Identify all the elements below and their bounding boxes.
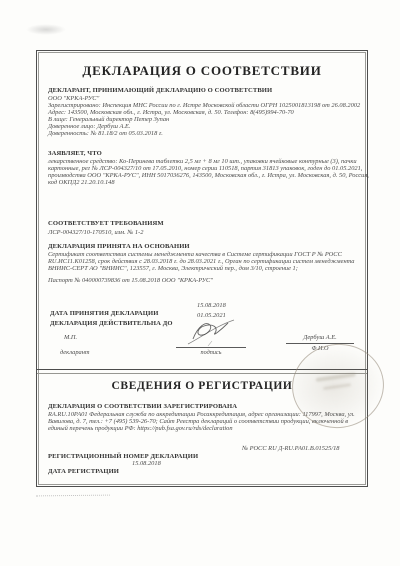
declarant-address: Адрес: 143500, Московская обл., г. Истра…	[48, 109, 366, 116]
scan-smudge-top	[26, 24, 66, 35]
registration-date-label: ДАТА РЕГИСТРАЦИИ	[48, 468, 119, 475]
scan-smudge-bottom	[36, 495, 110, 505]
declarant-power-of-attorney: Доверенность: № 81.18/2 от 05.03.2018 г.	[48, 130, 366, 137]
requirements-reference: ЛСР-004327/10-170510, изм. № 1-2	[48, 229, 143, 236]
declarant-name: ООО "КРКА-РУС"	[48, 95, 366, 102]
basis-certificate: Сертификат соответствия системы менеджме…	[48, 251, 370, 272]
declarant-registered: Зарегистрировано: Инспекция МНС России п…	[48, 102, 366, 109]
signature-block: подпись	[176, 317, 246, 356]
adoption-date-row: ДАТА ПРИНЯТИЯ ДЕКЛАРАЦИИ 15.08.2018	[50, 302, 360, 312]
handwritten-signature	[185, 317, 237, 347]
signature-line	[176, 347, 246, 348]
declarant-trustee: Доверенное лицо: Дербуш А.Е.	[48, 123, 366, 130]
valid-until-label: ДЕКЛАРАЦИЯ ДЕЙСТВИТЕЛЬНА ДО	[50, 320, 173, 327]
adoption-date-value: 15.08.2018	[197, 302, 226, 309]
basis-passport: Паспорт № 040000739836 от 15.08.2018 ООО…	[48, 277, 213, 284]
conforms-heading: СООТВЕТСТВУЕТ ТРЕБОВАНИЯМ	[48, 220, 164, 228]
declarant-details: ООО "КРКА-РУС" Зарегистрировано: Инспекц…	[48, 95, 366, 138]
registration-number-label: РЕГИСТРАЦИОННЫЙ НОМЕР ДЕКЛАРАЦИИ	[48, 453, 198, 460]
registration-number-value: № РОСС RU Д-RU.РА01.В.01525/18	[242, 445, 339, 452]
declarant-heading: ДЕКЛАРАНТ, ПРИНИМАЮЩИЙ ДЕКЛАРАЦИЮ О СООТ…	[48, 87, 272, 95]
declares-heading: ЗАЯВЛЯЕТ, ЧТО	[48, 150, 102, 158]
registration-heading: ДЕКЛАРАЦИЯ О СООТВЕТСТВИИ ЗАРЕГИСТРИРОВА…	[48, 403, 237, 411]
product-description: лекарственное средство: Ко-Перинева табл…	[48, 158, 370, 186]
registration-date-row: ДАТА РЕГИСТРАЦИИ 15.08.2018	[48, 460, 366, 478]
document-title: ДЕКЛАРАЦИЯ О СООТВЕТСТВИИ	[37, 63, 367, 79]
basis-heading: ДЕКЛАРАЦИЯ ПРИНЯТА НА ОСНОВАНИИ	[48, 243, 190, 251]
declarant-role-label: декларант	[60, 349, 90, 356]
declarant-in-person: В лице: Генеральный директор Петер Зупан	[48, 116, 366, 123]
registration-date-value: 15.08.2018	[132, 460, 161, 467]
signature-caption: подпись	[176, 349, 246, 356]
signer-name: Дербуш А.Е.	[286, 334, 354, 341]
stamp-place-label: М.П.	[64, 334, 77, 341]
